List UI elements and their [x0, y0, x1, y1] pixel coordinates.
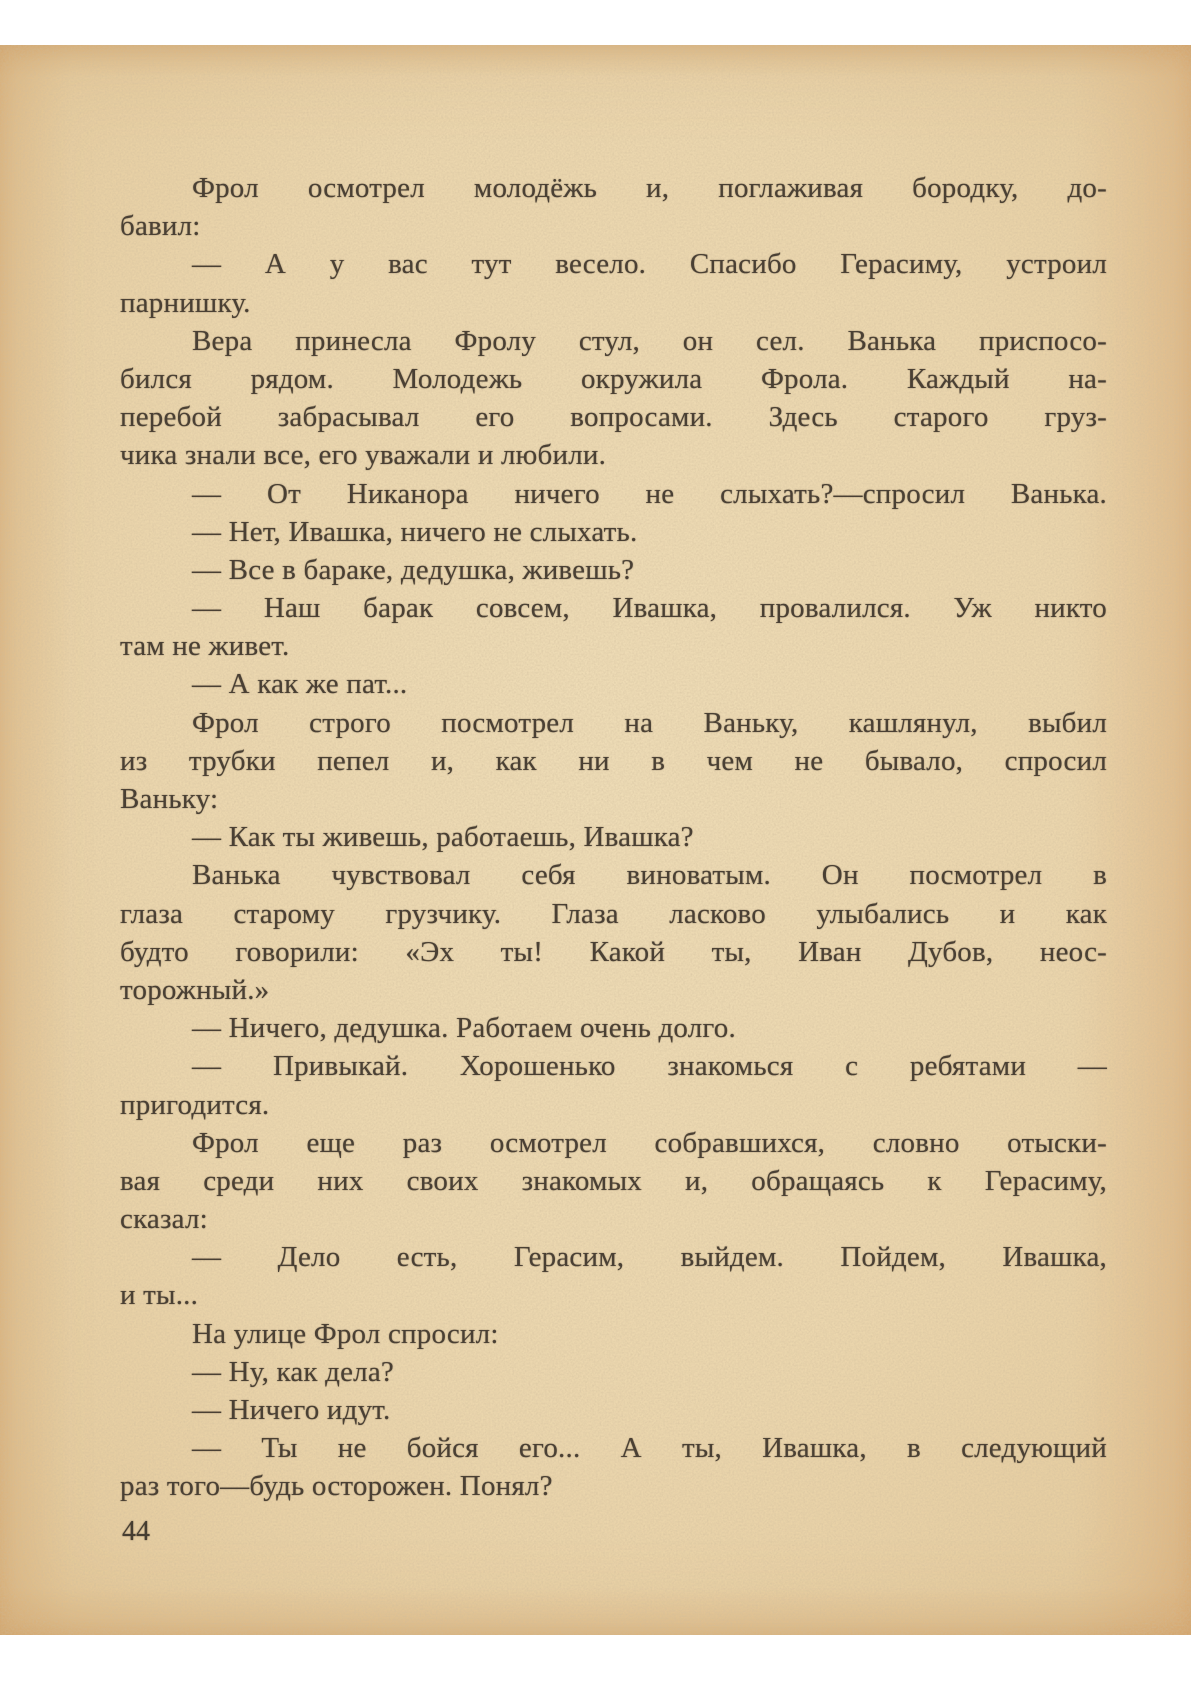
text-line: из трубки пепел и, как ни в чем не бывал… [120, 742, 1107, 780]
text-line: Фрол еще раз осмотрел собравшихся, словн… [120, 1124, 1107, 1162]
text-line: торожный.» [120, 971, 1107, 1009]
book-page: Фрол осмотрел молодёжь и, поглаживая бор… [0, 45, 1191, 1635]
text-line: сказал: [120, 1200, 1107, 1238]
text-line: — От Никанора ничего не слыхать?—спросил… [120, 475, 1107, 513]
text-line: — Дело есть, Герасим, выйдем. Пойдем, Ив… [120, 1238, 1107, 1276]
text-line: раз того—будь осторожен. Понял? [120, 1467, 1107, 1505]
text-line: — Ну, как дела? [120, 1353, 1107, 1391]
text-line: — А как же пат... [120, 665, 1107, 703]
text-line: чика знали все, его уважали и любили. [120, 436, 1107, 474]
text-line: — Как ты живешь, работаешь, Ивашка? [120, 818, 1107, 856]
text-line: Фрол осмотрел молодёжь и, поглаживая бор… [120, 169, 1107, 207]
text-line: На улице Фрол спросил: [120, 1315, 1107, 1353]
text-line: — Наш барак совсем, Ивашка, провалился. … [120, 589, 1107, 627]
text-line: бавил: [120, 207, 1107, 245]
text-line: парнишку. [120, 284, 1107, 322]
text-line: — Ничего, дедушка. Работаем очень долго. [120, 1009, 1107, 1047]
text-line: — Все в бараке, дедушка, живешь? [120, 551, 1107, 589]
text-line: перебой забрасывал его вопросами. Здесь … [120, 398, 1107, 436]
text-line: бился рядом. Молодежь окружила Фрола. Ка… [120, 360, 1107, 398]
text-line: там не живет. [120, 627, 1107, 665]
text-line: — Привыкай. Хорошенько знакомься с ребят… [120, 1047, 1107, 1085]
text-line: Вера принесла Фролу стул, он сел. Ванька… [120, 322, 1107, 360]
screenshot-root: Фрол осмотрел молодёжь и, поглаживая бор… [0, 0, 1191, 1684]
text-line: вая среди них своих знакомых и, обращаяс… [120, 1162, 1107, 1200]
text-line: Ваньку: [120, 780, 1107, 818]
text-line: — Нет, Ивашка, ничего не слыхать. [120, 513, 1107, 551]
text-line: и ты... [120, 1276, 1107, 1314]
text-line: — Ты не бойся его... А ты, Ивашка, в сле… [120, 1429, 1107, 1467]
page-number: 44 [122, 1513, 150, 1551]
page-text: Фрол осмотрел молодёжь и, поглаживая бор… [120, 169, 1107, 1506]
text-line: Ванька чувствовал себя виноватым. Он пос… [120, 856, 1107, 894]
text-line: — А у вас тут весело. Спасибо Герасиму, … [120, 245, 1107, 283]
text-line: будто говорили: «Эх ты! Какой ты, Иван Д… [120, 933, 1107, 971]
text-line: пригодится. [120, 1086, 1107, 1124]
text-line: глаза старому грузчику. Глаза ласково ул… [120, 895, 1107, 933]
text-line: — Ничего идут. [120, 1391, 1107, 1429]
text-line: Фрол строго посмотрел на Ваньку, кашляну… [120, 704, 1107, 742]
